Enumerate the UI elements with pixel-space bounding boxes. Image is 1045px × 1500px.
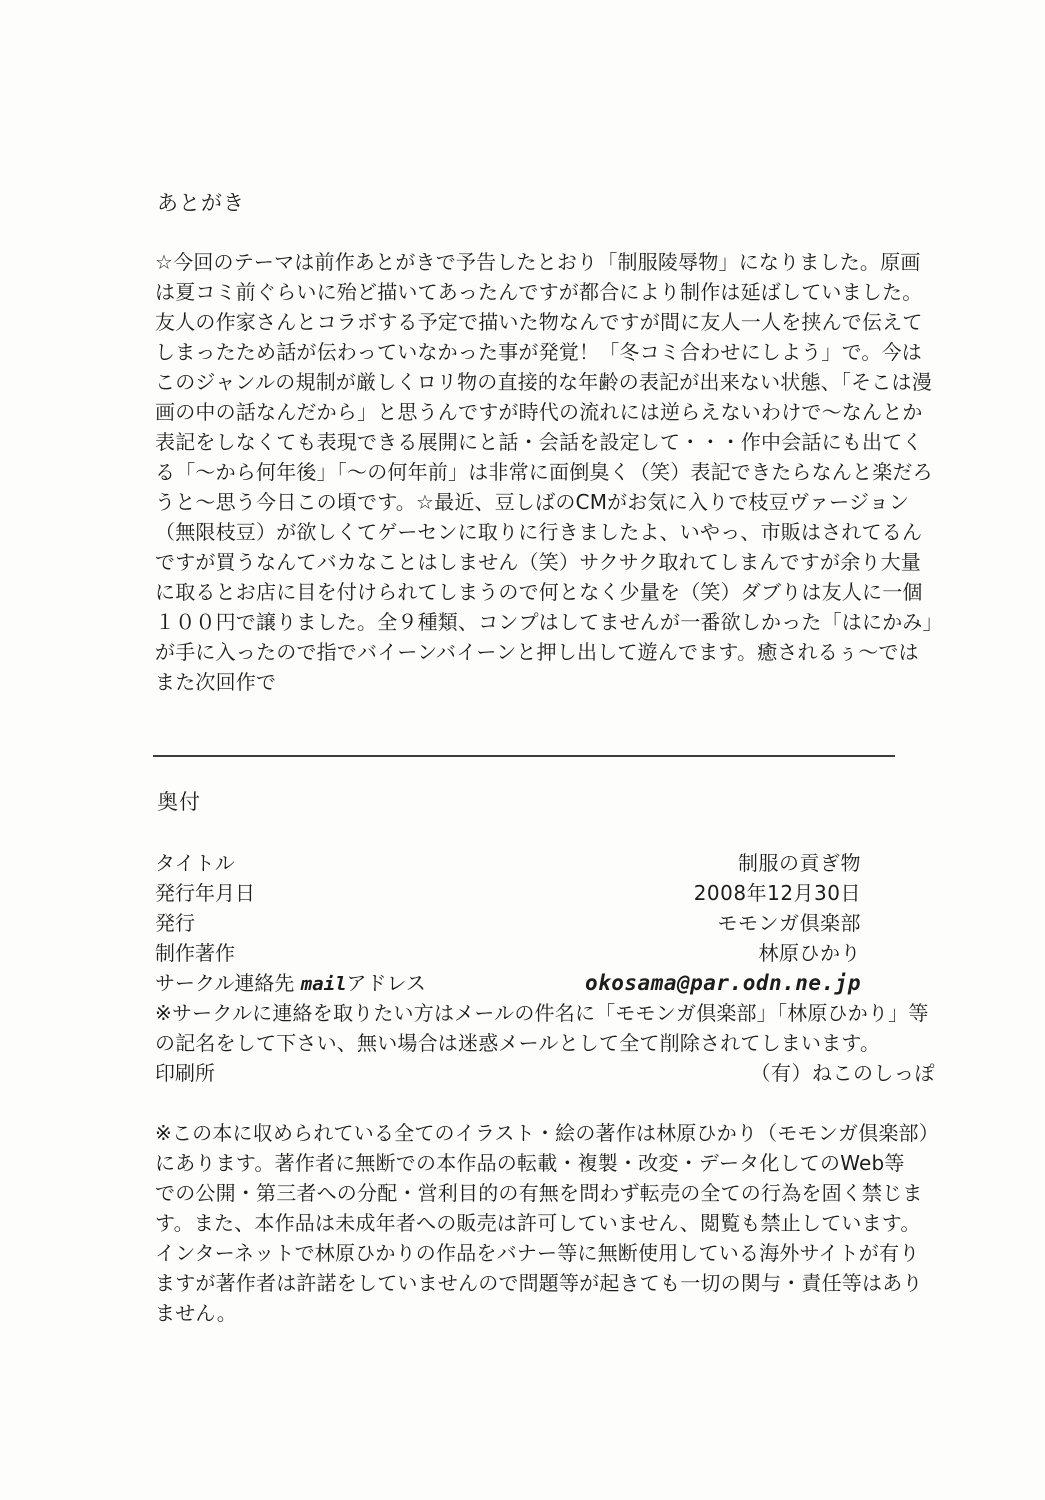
colophon-row-contact: サークル連絡先 mailアドレス okosama@par.odn.ne.jp — [155, 968, 945, 998]
afterword-line: 友人の作家さんとコラボする予定で描いた物なんですが間に友人一人を挟んで伝えて — [155, 307, 915, 337]
copyright-line: での公開・第三者への分配・営利目的の有無を問わず転売の全ての行為を固く禁じま — [155, 1178, 915, 1208]
afterword-line: 表記をしなくても表現できる展開にと話・会話を設定して・・・作中会話にも出てく — [155, 427, 915, 457]
afterword-line: （無限枝豆）が欲しくてゲーセンに取りに行きましたよ、いやっ、市販はされてるん — [155, 517, 915, 547]
contact-email-value: okosama@par.odn.ne.jp — [585, 968, 945, 998]
publish-date-label: 発行年月日 — [155, 878, 255, 908]
copyright-line: インターネットで林原ひかりの作品をバナー等に無断使用している海外サイトが有り — [155, 1238, 915, 1268]
contact-note-line: ※サークルに連絡を取りたい方はメールの件名に「モモンガ倶楽部」「林原ひかり」等 — [155, 998, 945, 1028]
afterword-line: また次回作で — [155, 667, 915, 697]
afterword-line: このジャンルの規制が厳しくロリ物の直接的な年齢の表記が出来ない状態、「そこは漫 — [155, 367, 915, 397]
afterword-paragraph: ☆今回のテーマは前作あとがきで予告したとおり「制服陵辱物」になりました。原画 は… — [155, 247, 915, 697]
author-value: 林原ひかり — [759, 938, 946, 968]
copyright-line: す。また、本作品は未成年者への販売は許可していません、閲覧も禁止しています。 — [155, 1208, 915, 1238]
afterword-line: ですが買うなんてバカなことはしません（笑）サクサク取れてしまんですが余り大量 — [155, 547, 915, 577]
colophon-row-author: 制作著作 林原ひかり — [155, 938, 945, 968]
afterword-line: ☆今回のテーマは前作あとがきで予告したとおり「制服陵辱物」になりました。原画 — [155, 247, 915, 277]
copyright-line: ますが著作者は許諾をしていませんので問題等が起きても一切の関与・責任等はあり — [155, 1268, 915, 1298]
afterword-heading: あとがき — [157, 188, 245, 218]
afterword-line: る「〜から何年後」「〜の何年前」は非常に面倒臭く（笑）表記できたらなんと楽だろ — [155, 457, 915, 487]
scanned-page: あとがき ☆今回のテーマは前作あとがきで予告したとおり「制服陵辱物」になりました… — [0, 0, 1045, 1500]
publisher-label: 発行 — [155, 908, 195, 938]
contact-note-line: の記名をして下さい、無い場合は迷惑メールとして全て削除されてしまいます。 — [155, 1028, 945, 1058]
afterword-line: は夏コミ前ぐらいに殆ど描いてあったんですが都合により制作は延ばしていました。 — [155, 277, 915, 307]
colophon-row-publish-date: 発行年月日 2008年12月30日 — [155, 878, 945, 908]
contact-label-mail: mail — [301, 973, 347, 995]
copyright-line: ※この本に収められている全てのイラスト・絵の著作は林原ひかり（モモンガ倶楽部） — [155, 1118, 915, 1148]
afterword-line: うと〜思う今日この頃です。☆最近、豆しばのCMがお気に入りで枝豆ヴァージョン — [155, 487, 915, 517]
colophon-heading: 奥付 — [157, 787, 201, 817]
horizontal-divider — [153, 755, 895, 757]
afterword-line: １００円で譲りました。全９種類、コンプはしてませんが一番欲しかった「はにかみ」 — [155, 607, 915, 637]
colophon-row-publisher: 発行 モモンガ倶楽部 — [155, 908, 945, 938]
afterword-line: 画の中の話なんだから」と思うんですが時代の流れには逆らえないわけで〜なんとか — [155, 397, 915, 427]
colophon-table: タイトル 制服の貢ぎ物 発行年月日 2008年12月30日 発行 モモンガ倶楽部… — [155, 848, 945, 1088]
copyright-line: にあります。著作者に無断での本作品の転載・複製・改変・データ化してのWeb等 — [155, 1148, 915, 1178]
afterword-line: しまったため話が伝わっていなかった事が発覚！「冬コミ合わせにしよう」で。今は — [155, 337, 915, 367]
author-label: 制作著作 — [155, 938, 235, 968]
publisher-value: モモンガ倶楽部 — [718, 908, 946, 938]
afterword-line: に取るとお店に目を付けられてしまうので何となく少量を（笑）ダブりは友人に一個 — [155, 577, 915, 607]
publish-date-value: 2008年12月30日 — [694, 878, 945, 908]
colophon-row-title: タイトル 制服の貢ぎ物 — [155, 848, 945, 878]
contact-label: サークル連絡先 mailアドレス — [155, 968, 426, 998]
printer-label: 印刷所 — [155, 1058, 215, 1088]
colophon-row-printer: 印刷所 （有）ねこのしっぽ — [155, 1058, 945, 1088]
contact-label-suffix: アドレス — [347, 971, 426, 995]
copyright-notice: ※この本に収められている全てのイラスト・絵の著作は林原ひかり（モモンガ倶楽部） … — [155, 1118, 915, 1328]
contact-label-prefix: サークル連絡先 — [155, 971, 301, 995]
title-label: タイトル — [155, 848, 235, 878]
copyright-line: ません。 — [155, 1298, 915, 1328]
printer-value: （有）ねこのしっぽ — [751, 1058, 946, 1088]
afterword-line: が手に入ったので指でバイーンバイーンと押し出して遊んでます。癒されるぅ〜では — [155, 637, 915, 667]
title-value: 制服の貢ぎ物 — [738, 848, 945, 878]
